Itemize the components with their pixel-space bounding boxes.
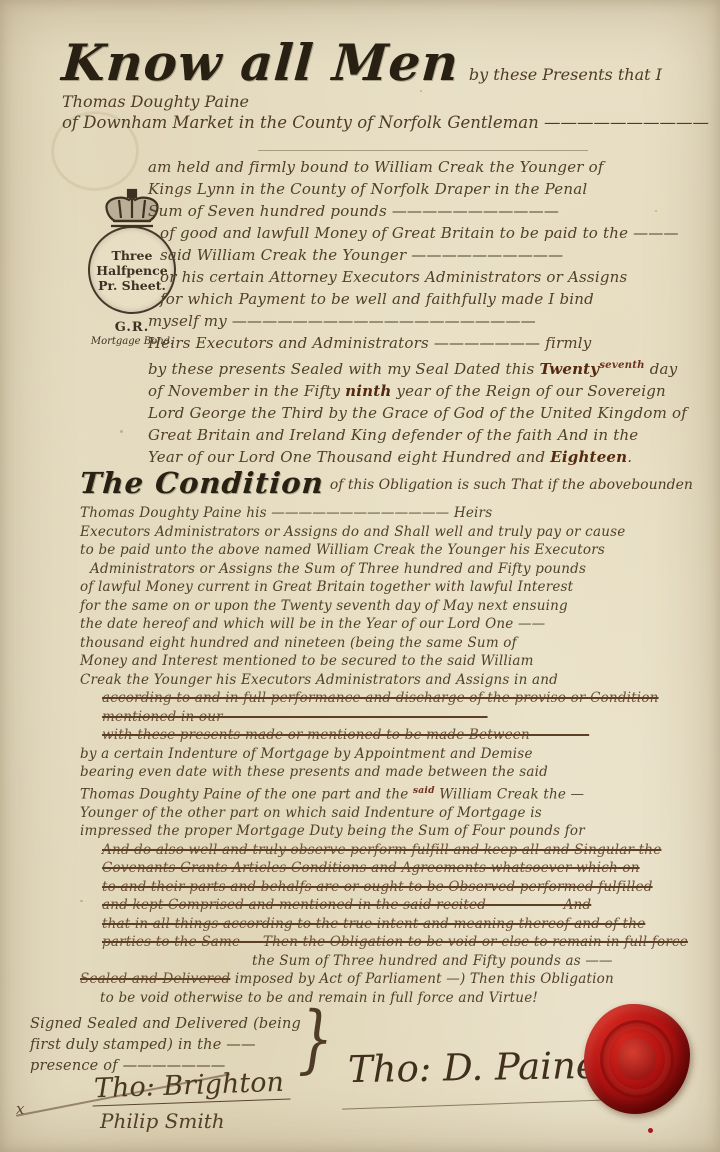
manuscript-line: of good and lawfull Money of Great Brita… xyxy=(148,222,713,244)
manuscript-line: Executors Administrators or Assigns do a… xyxy=(80,523,710,542)
manuscript-paper: Know all Menby these Presents that I Tho… xyxy=(0,0,720,1152)
manuscript-line: Thomas Doughty Paine of the one part and… xyxy=(80,782,710,804)
manuscript-line: And do also well and truly observe perfo… xyxy=(80,841,710,860)
paper-speck xyxy=(120,430,123,433)
attestation-line: first duly stamped) in the —— xyxy=(30,1035,301,1056)
manuscript-line: am held and firmly bound to William Crea… xyxy=(148,156,713,178)
manuscript-line: by a certain Indenture of Mortgage by Ap… xyxy=(80,745,710,764)
manuscript-line: said William Creak the Younger —————————… xyxy=(148,244,713,266)
manuscript-line: Kings Lynn in the County of Norfolk Drap… xyxy=(148,178,713,200)
manuscript-line: and kept Comprised and mentioned in the … xyxy=(80,896,710,915)
manuscript-line: impressed the proper Mortgage Duty being… xyxy=(80,822,710,841)
paper-speck xyxy=(655,210,657,212)
manuscript-line: to and their parts and behalfs are or ou… xyxy=(80,878,710,897)
principal-signature: Tho: D. Paine xyxy=(348,1044,598,1091)
engraved-title: Know all Men xyxy=(60,34,461,92)
obligation-paragraph: am held and firmly bound to William Crea… xyxy=(148,156,713,468)
wax-seal xyxy=(584,1004,690,1114)
manuscript-line: Lord George the Third by the Grace of Go… xyxy=(148,402,713,424)
manuscript-line: for the same on or upon the Twenty seven… xyxy=(80,597,710,616)
manuscript-line: Sealed and Delivered imposed by Act of P… xyxy=(80,970,710,989)
manuscript-line: the date hereof and which will be in the… xyxy=(80,615,710,634)
manuscript-line: parties to the Same — Then the Obligatio… xyxy=(80,933,710,952)
manuscript-line: bearing even date with these presents an… xyxy=(80,763,710,782)
condition-paragraph: Thomas Doughty Paine his ————————————— H… xyxy=(80,504,710,1007)
manuscript-line: to be void otherwise to be and remain in… xyxy=(80,989,710,1008)
execution-block: Signed Sealed and Delivered (being first… xyxy=(0,1012,720,1152)
manuscript-line: Year of our Lord One Thousand eight Hund… xyxy=(148,446,713,468)
signature-flourish-line xyxy=(342,1099,610,1109)
manuscript-line: Great Britain and Ireland King defender … xyxy=(148,424,713,446)
manuscript-line: Money and Interest mentioned to be secur… xyxy=(80,652,710,671)
witness-signature-smith: Philip Smith xyxy=(100,1109,225,1133)
condition-title: The Condition xyxy=(79,466,325,500)
wax-droplet xyxy=(648,1128,653,1133)
manuscript-line: by these presents Sealed with my Seal Da… xyxy=(148,354,713,380)
paper-speck xyxy=(420,90,422,92)
manuscript-line: to be paid unto the above named William … xyxy=(80,541,710,560)
manuscript-line: according to and in full performance and… xyxy=(80,689,710,708)
manuscript-line: of November in the Fifty ninth year of t… xyxy=(148,380,713,402)
manuscript-line: for which Payment to be well and faithfu… xyxy=(148,288,713,310)
manuscript-line: Creak the Younger his Executors Administ… xyxy=(80,671,710,690)
condition-section: The Conditionof this Obligation is such … xyxy=(80,466,710,1007)
obligor-residence-line: of Downham Market in the County of Norfo… xyxy=(62,113,710,132)
manuscript-line: the Sum of Three hundred and Fifty pound… xyxy=(80,952,710,971)
stamp-value-line1: Three xyxy=(112,248,153,263)
manuscript-line: Administrators or Assigns the Sum of Thr… xyxy=(80,560,710,579)
manuscript-line: Thomas Doughty Paine his ————————————— H… xyxy=(80,504,710,523)
manuscript-line: that in all things according to the true… xyxy=(80,915,710,934)
manuscript-line: thousand eight hundred and nineteen (bei… xyxy=(80,634,710,653)
attestation-line: Signed Sealed and Delivered (being xyxy=(30,1014,301,1035)
paper-speck xyxy=(80,900,83,902)
manuscript-line: Covenants Grants Articles Conditions and… xyxy=(80,859,710,878)
manuscript-line: Sum of Seven hundred pounds ——————————— xyxy=(148,200,713,222)
opening-clause: Know all Menby these Presents that I Tho… xyxy=(62,34,710,132)
attestation-brace: } xyxy=(298,1004,333,1074)
manuscript-line: mentioned in our ——————————————————— xyxy=(80,708,710,727)
pen-rule xyxy=(258,150,588,151)
manuscript-line: Younger of the other part on which said … xyxy=(80,804,710,823)
manuscript-line: of lawful Money current in Great Britain… xyxy=(80,578,710,597)
condition-lead: of this Obligation is such That if the a… xyxy=(330,477,693,493)
manuscript-line: with these presents made or mentioned to… xyxy=(80,726,710,745)
manuscript-line: myself my ———————————————————— xyxy=(148,310,713,332)
witness-signature-brighton: Tho: Brighton xyxy=(91,1067,290,1107)
condition-heading-row: The Conditionof this Obligation is such … xyxy=(80,466,710,500)
manuscript-line: or his certain Attorney Executors Admini… xyxy=(148,266,713,288)
x-mark: x xyxy=(16,1100,24,1118)
manuscript-line: Heirs Executors and Administrators —————… xyxy=(148,332,713,354)
